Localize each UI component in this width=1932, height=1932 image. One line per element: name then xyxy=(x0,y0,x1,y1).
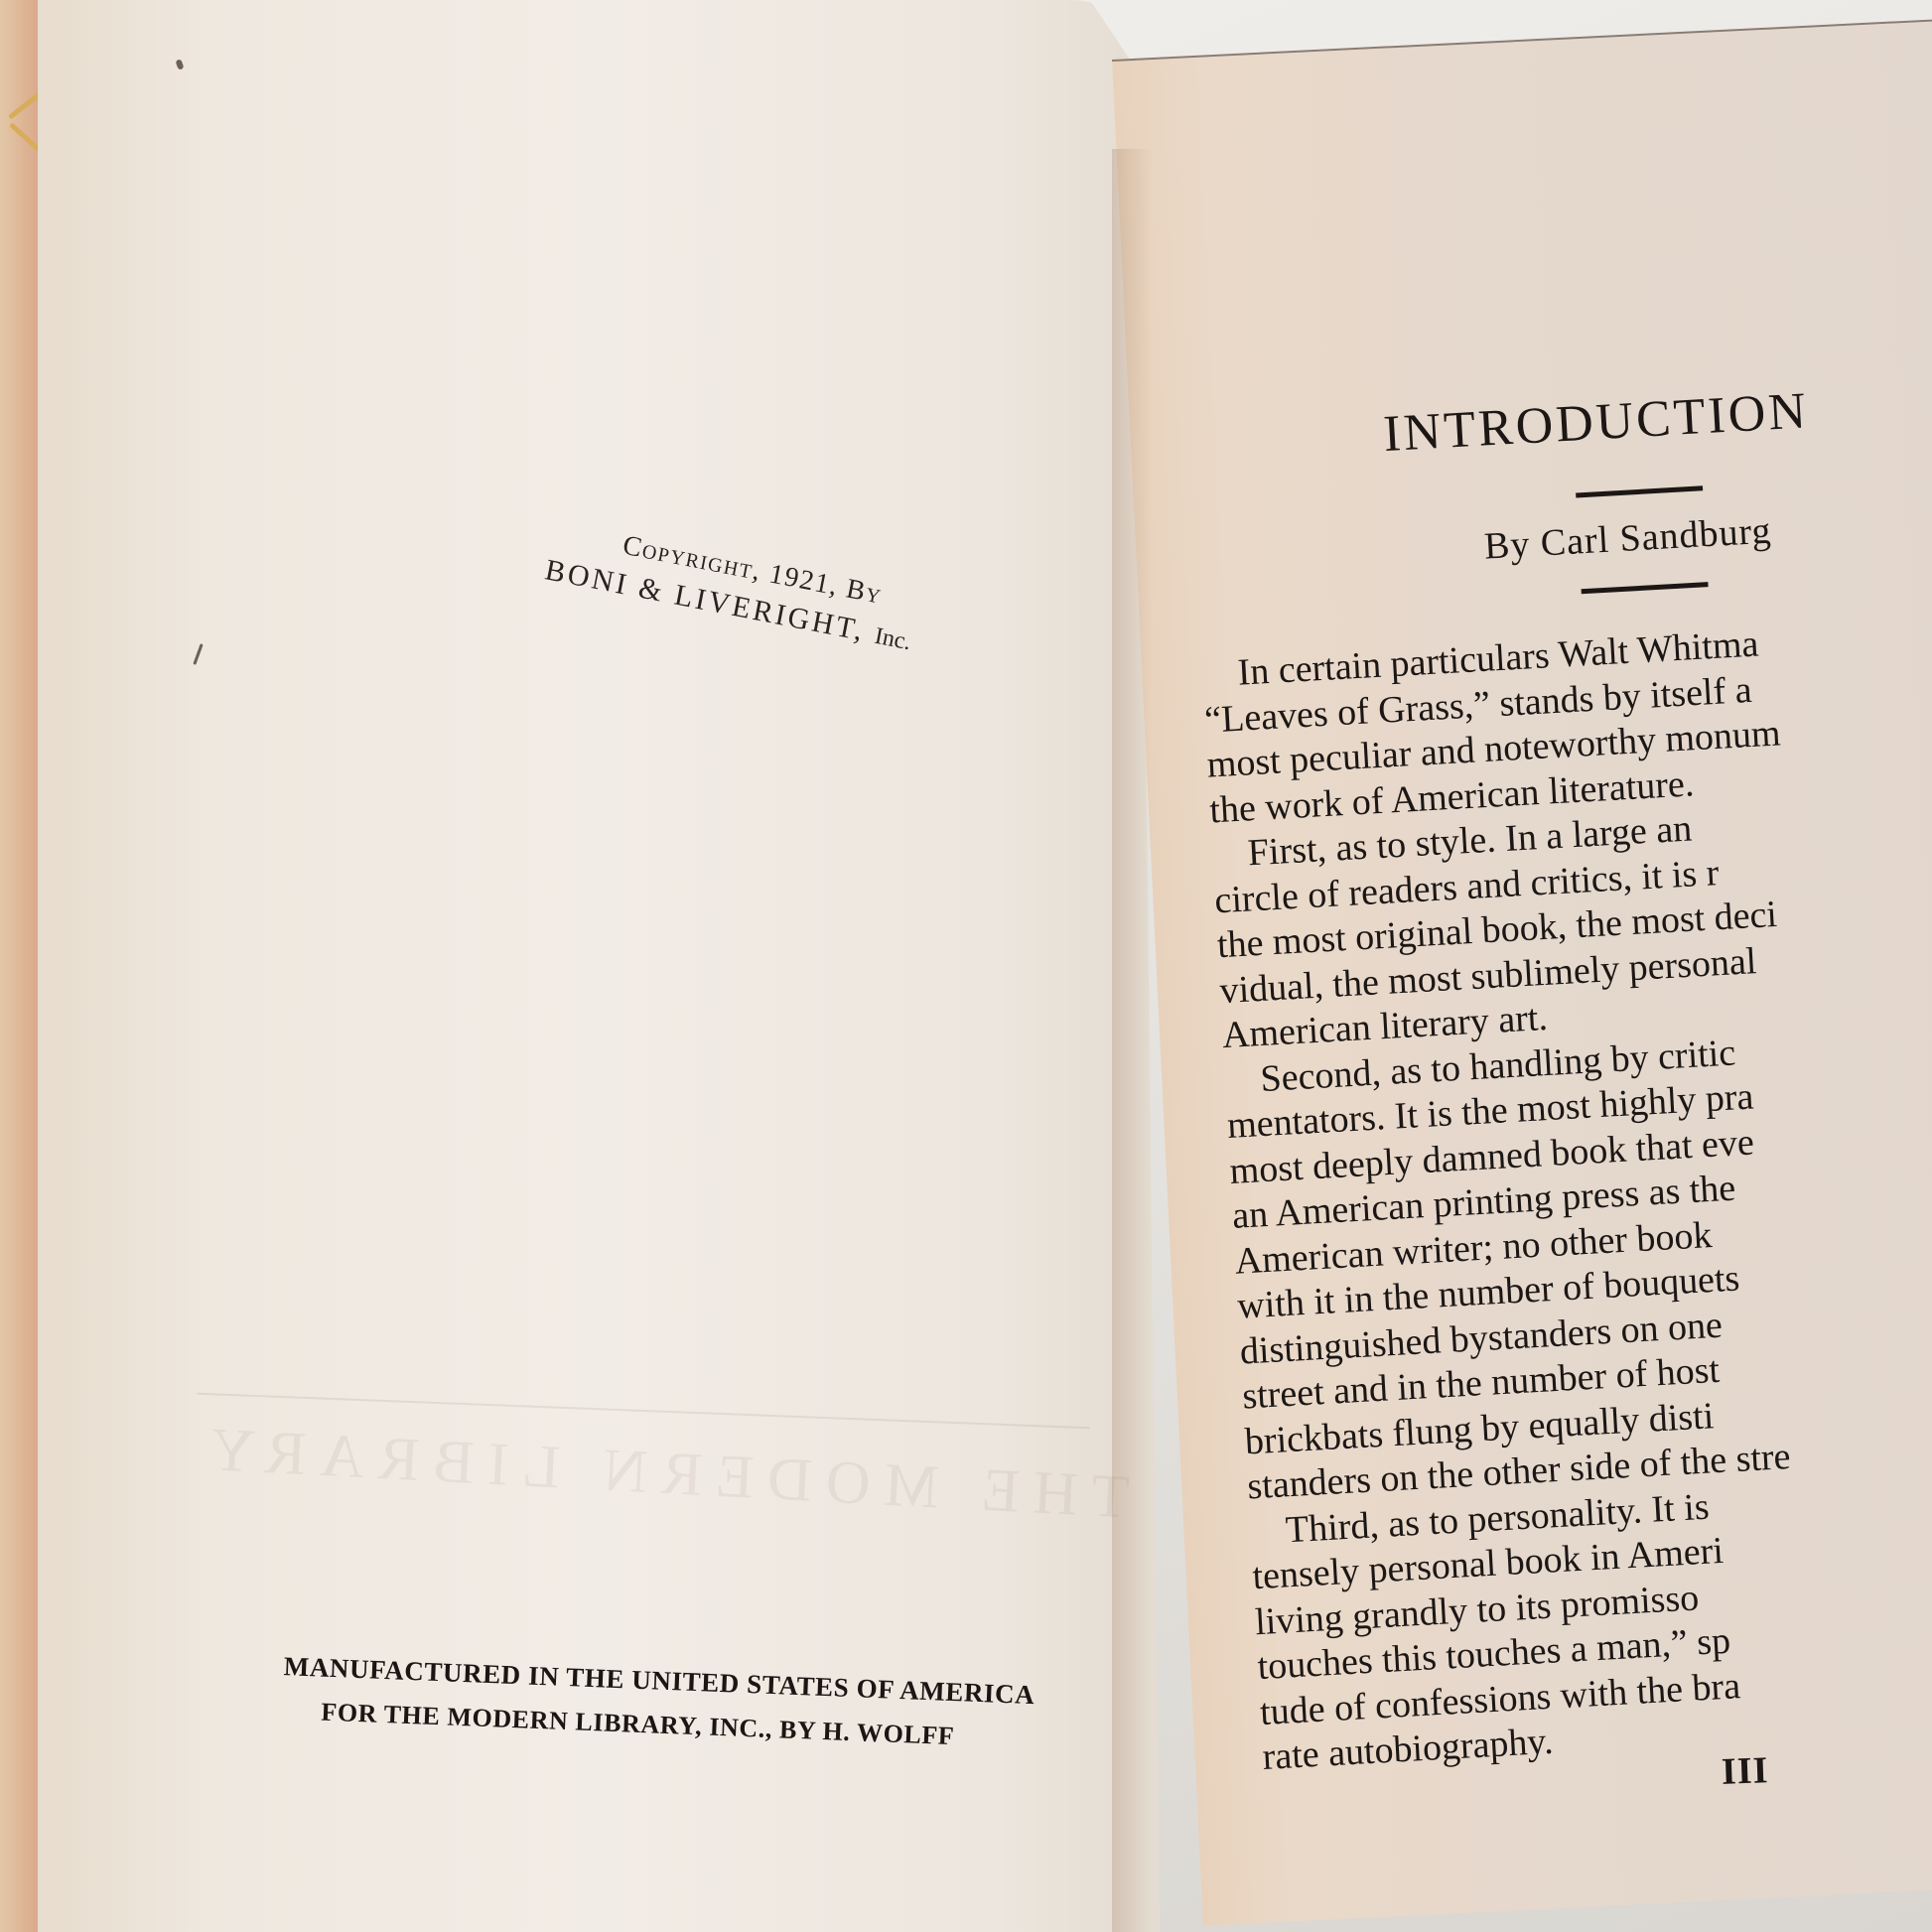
left-page: THE MODERN LIBRARY xyxy=(38,0,1160,1932)
publisher-suffix: Inc. xyxy=(873,623,913,656)
ink-speck xyxy=(193,643,203,665)
page-number: III xyxy=(1721,1748,1769,1794)
introduction-section: INTRODUCTION By Carl Sandburg In certain… xyxy=(1172,330,1932,1781)
author-byline: By Carl Sandburg xyxy=(1483,494,1932,569)
book-spread-photo: THE MODERN LIBRARY Copyright, 1921, By B… xyxy=(0,0,1932,1932)
body-text: In certain particulars Walt Whitma “Leav… xyxy=(1201,609,1932,1780)
ink-speck xyxy=(175,59,184,69)
title-divider xyxy=(1576,485,1703,497)
bleed-through-text: THE MODERN LIBRARY xyxy=(235,1416,1131,1533)
gutter-shadow xyxy=(1112,149,1152,1932)
chapter-title: INTRODUCTION xyxy=(1382,369,1932,464)
byline-divider xyxy=(1582,582,1709,594)
